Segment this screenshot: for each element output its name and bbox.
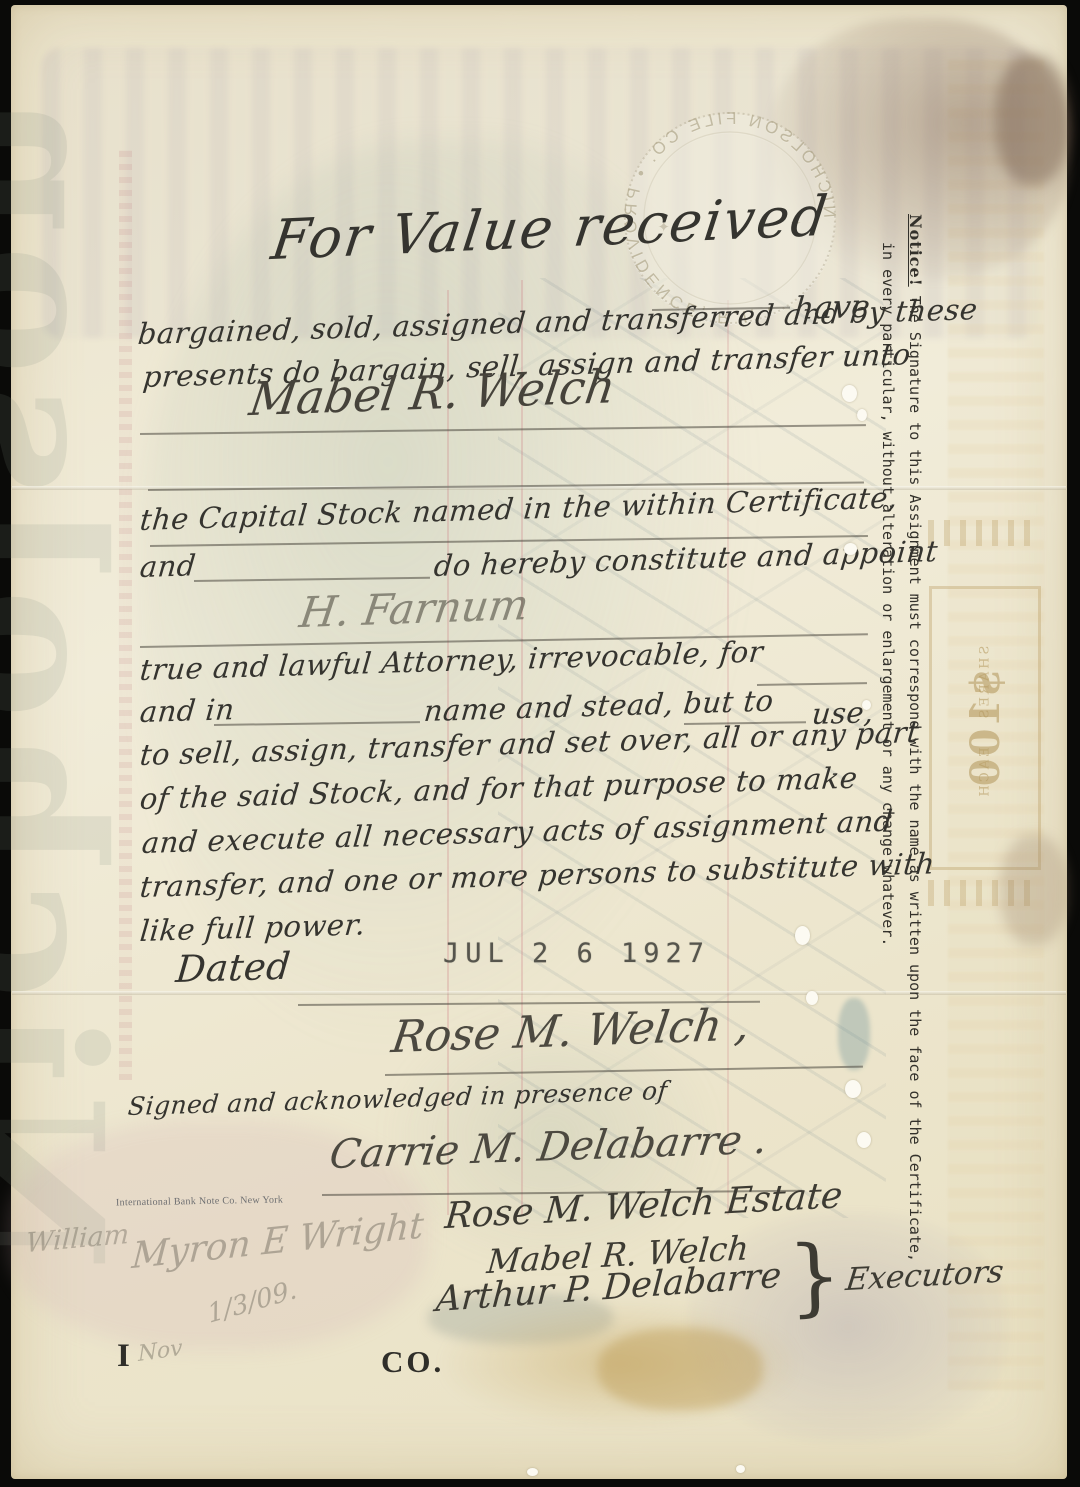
scanned-stock-assignment: Nicholson SHARES $100 EACH <box>0 0 1080 1487</box>
damage-layer <box>0 0 1080 1487</box>
paper-hole <box>857 1132 871 1148</box>
paper-hole <box>857 409 867 421</box>
paper-hole <box>845 1080 861 1098</box>
paper-hole <box>842 385 857 402</box>
paper-hole <box>844 543 857 555</box>
paper-hole <box>795 926 810 945</box>
paper-hole <box>736 1465 745 1473</box>
paper-hole <box>806 991 818 1005</box>
paper-hole <box>527 1468 538 1476</box>
paper-hole <box>862 700 871 710</box>
